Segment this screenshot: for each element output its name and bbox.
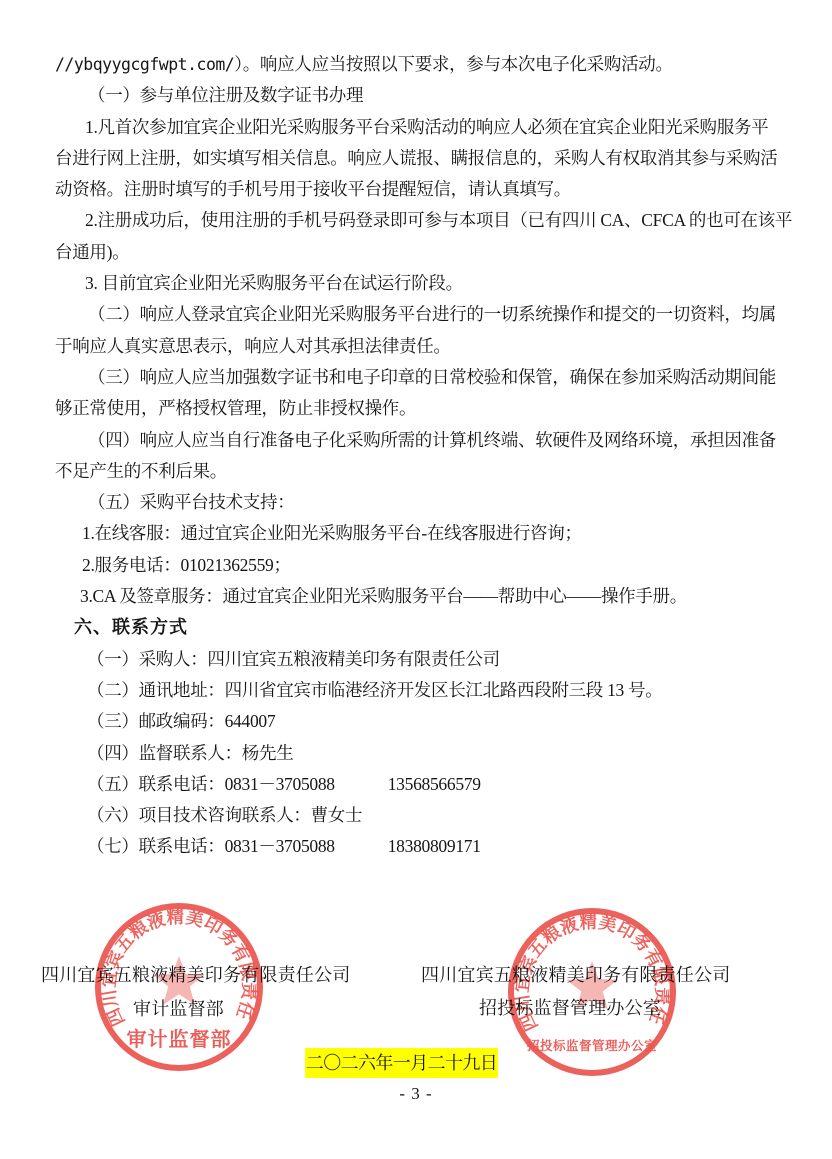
left-signature-company: 四川宜宾五粮液精美印务有限责任公司 (41, 961, 350, 987)
stamp-ring (98, 906, 260, 1068)
stamp-label: 招投标监督管理办公室 (526, 1038, 657, 1053)
body-line: 不足产生的不利后果。 (55, 456, 777, 487)
body-line: （四）响应人应当自行准备电子化采购所需的计算机终端、软硬件及网络环境，承担因准备 (55, 425, 777, 456)
body-line: 动资格。注册时填写的手机号用于接收平台提醒短信，请认真填写。 (55, 174, 777, 205)
body-line: 台通用)。 (55, 237, 777, 268)
right-signature-dept: 招投标监督管理办公室 (479, 994, 661, 1020)
body-lines: （一）参与单位注册及数字证书办理1.凡首次参加宜宾企业阳光采购服务平台采购活动的… (55, 80, 777, 862)
body-line: 3. 目前宜宾企业阳光采购服务平台在试运行阶段。 (55, 268, 777, 299)
body-line: 于响应人真实意思表示，响应人对其承担法律责任。 (55, 331, 777, 362)
body-line: 2.服务电话：01021362559； (55, 550, 777, 581)
body-line: 台进行网上注册，如实填写相关信息。响应人谎报、瞒报信息的，采购人有权取消其参与采… (55, 143, 777, 174)
body-line: 2.注册成功后，使用注册的手机号码登录即可参与本项目（已有四川 CA、CFCA … (55, 205, 777, 236)
stamp-ring (511, 911, 673, 1073)
bid-supervision-stamp-icon: 四川宜宾五粮液精美印务有限责任公司 招投标监督管理办公室 (504, 904, 680, 1080)
body-line: 够正常使用，严格授权管理，防止非授权操作。 (55, 393, 777, 424)
body-line: （一）采购人：四川宜宾五粮液精美印务有限责任公司 (55, 644, 777, 675)
document-page: { "page": {"number_label": "- 3 -"}, "co… (0, 0, 832, 1159)
body-line: 3.CA 及签章服务：通过宜宾企业阳光采购服务平台——帮助中心——操作手册。 (55, 581, 777, 612)
body-line: （四）监督联系人：杨先生 (55, 738, 777, 769)
left-signature-dept: 审计监督部 (133, 995, 224, 1021)
body-line: （二）通讯地址：四川省宜宾市临港经济开发区长江北路西段附三段 13 号。 (55, 675, 777, 706)
body-line: （一）参与单位注册及数字证书办理 (55, 80, 777, 111)
platform-url-text: //ybqyygcgfwpt.com/ (55, 55, 234, 74)
highlighted-date: 二〇二六年一月二十九日 (305, 1048, 498, 1078)
document-body: //ybqyygcgfwpt.com/）。响应人应当按照以下要求，参与本次电子化… (55, 49, 777, 863)
body-line: 1.凡首次参加宜宾企业阳光采购服务平台采购活动的响应人必须在宜宾企业阳光采购服务… (55, 112, 777, 143)
intro-line: //ybqyygcgfwpt.com/）。响应人应当按照以下要求，参与本次电子化… (55, 49, 777, 80)
body-line: （六）项目技术咨询联系人：曹女士 (55, 800, 777, 831)
body-line: （五）采购平台技术支持： (55, 487, 777, 518)
body-line: 1.在线客服：通过宜宾企业阳光采购服务平台-在线客服进行咨询； (55, 518, 777, 549)
body-line: 六、联系方式 (55, 612, 777, 643)
body-line: （七）联系电话：0831－3705088 18380809171 (55, 831, 777, 862)
audit-dept-stamp-icon: 四川宜宾五粮液精美印务有限责任公司 审计监督部 (91, 899, 267, 1075)
page-number: - 3 - (0, 1084, 832, 1104)
stamp-label: 审计监督部 (127, 1027, 232, 1051)
body-line: （三）响应人应当加强数字证书和电子印章的日常校验和保管，确保在参加采购活动期间能 (55, 362, 777, 393)
intro-rest-text: ）。响应人应当按照以下要求，参与本次电子化采购活动。 (234, 54, 672, 74)
body-line: （五）联系电话：0831－3705088 13568566579 (55, 769, 777, 800)
body-line: （二）响应人登录宜宾企业阳光采购服务平台进行的一切系统操作和提交的一切资料，均属 (55, 299, 777, 330)
right-signature-company: 四川宜宾五粮液精美印务有限责任公司 (421, 961, 730, 987)
body-line: （三）邮政编码：644007 (55, 706, 777, 737)
